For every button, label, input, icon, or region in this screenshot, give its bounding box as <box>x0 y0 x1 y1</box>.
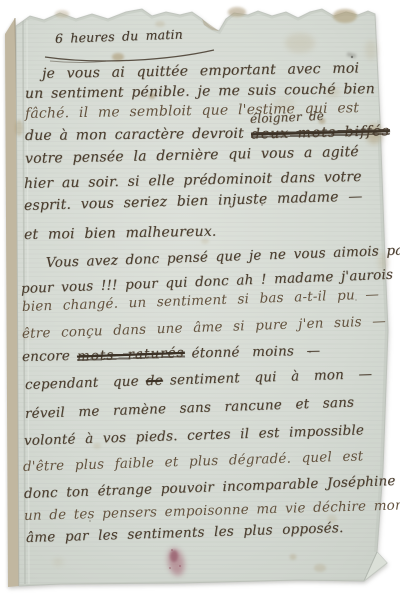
letter-photograph: 6 heures du matin je vous ai quittée emp… <box>0 0 400 603</box>
paper-sheet-svg <box>0 0 400 603</box>
